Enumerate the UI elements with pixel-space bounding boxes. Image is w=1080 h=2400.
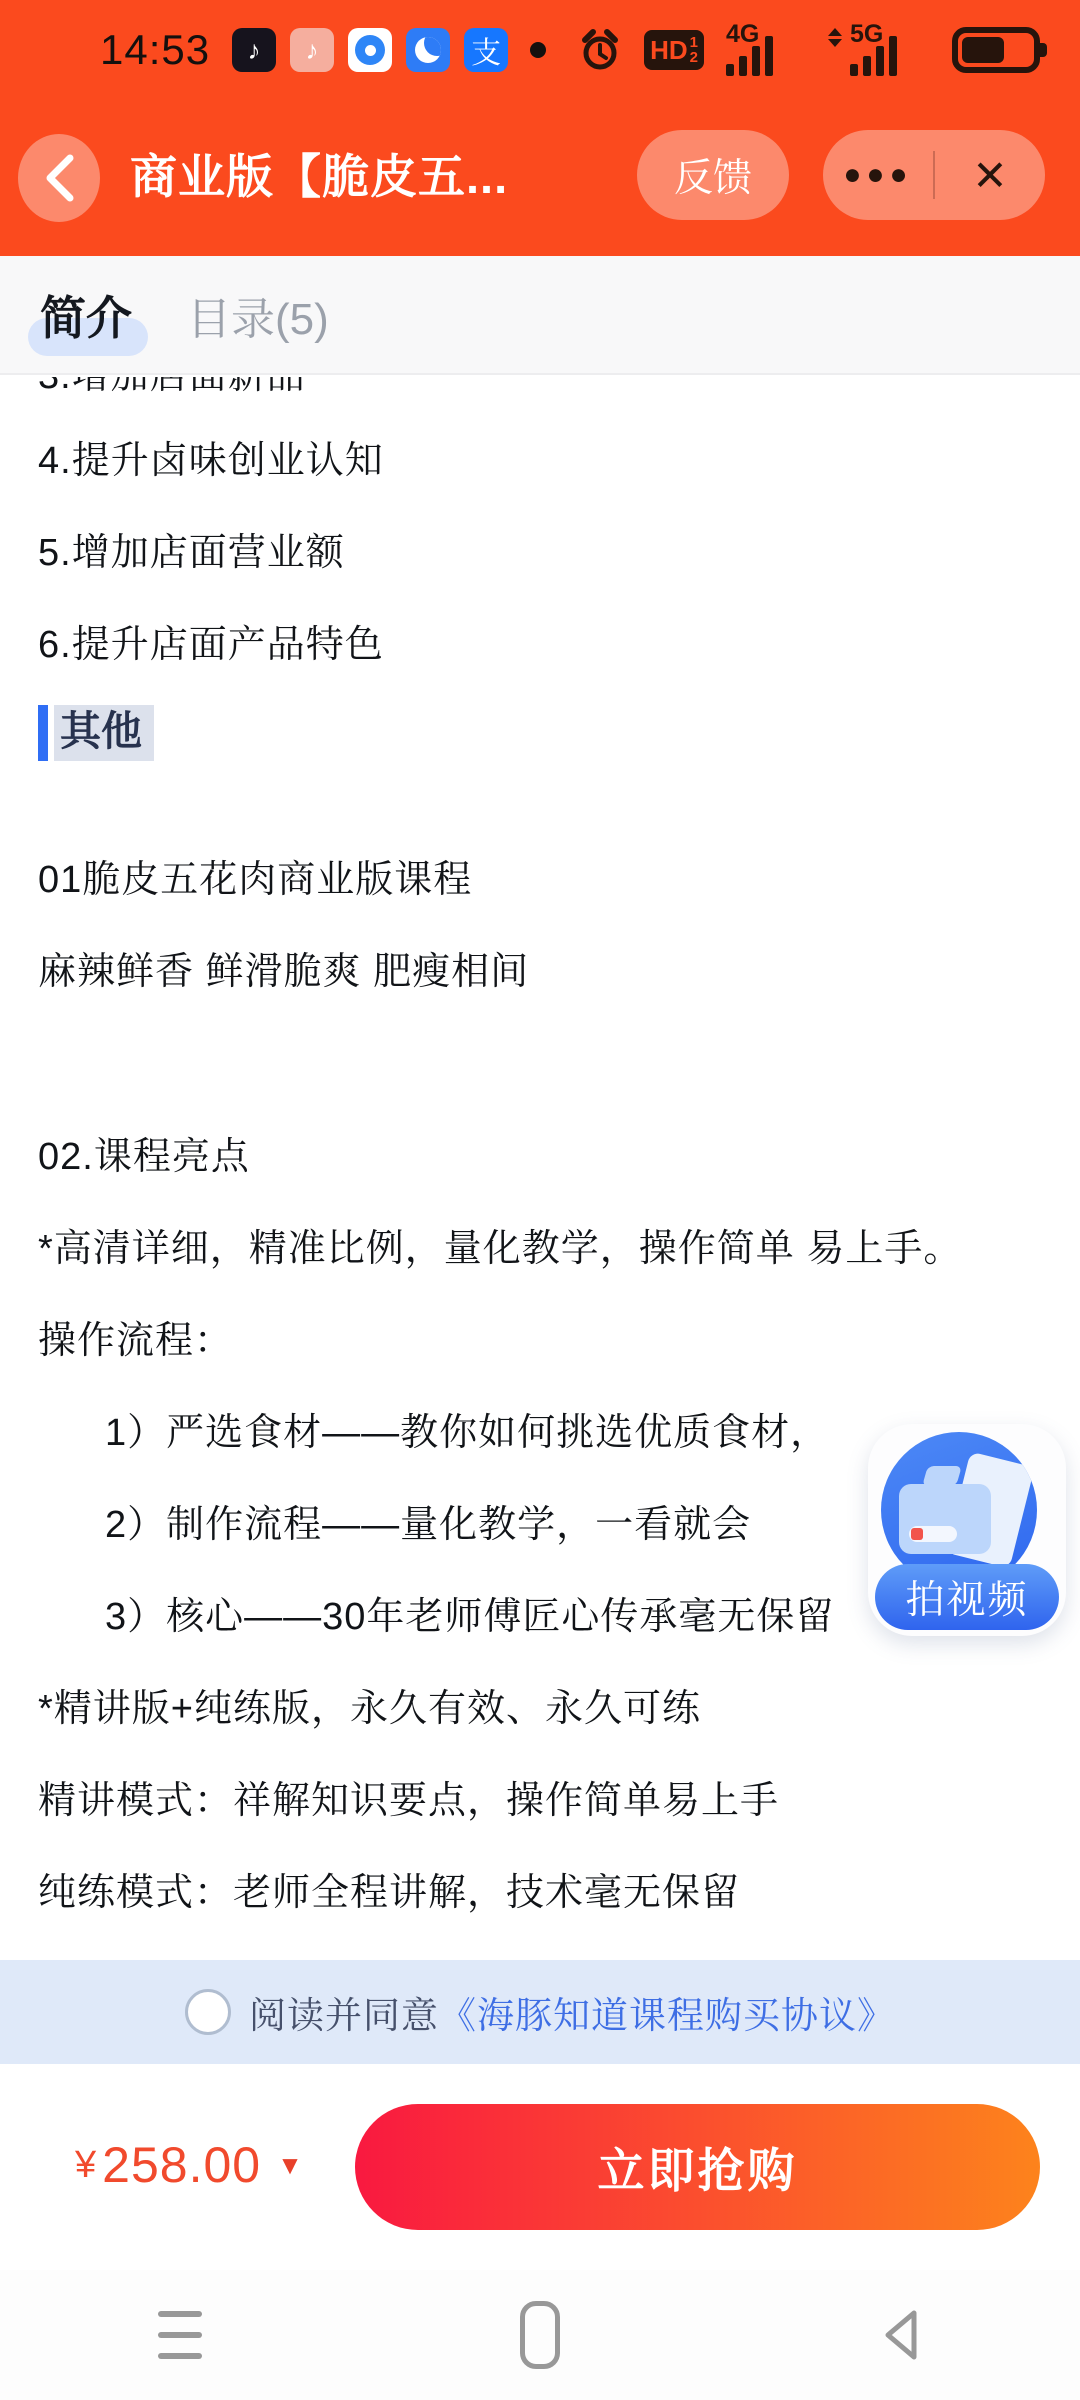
back-triangle-icon <box>878 2307 922 2363</box>
paragraph: 精讲模式：祥解知识要点，操作简单易上手 <box>38 1779 1050 1823</box>
tab-catalog[interactable]: 目录(5) <box>187 283 329 347</box>
paragraph: 纯练模式：老师全程讲解，技术毫无保留 <box>38 1871 1050 1915</box>
list-item: 4.提升卤味创业认知 <box>38 439 1050 483</box>
agreement-checkbox[interactable] <box>185 1989 231 2035</box>
home-icon <box>520 2301 560 2369</box>
shoot-video-label: 拍视频 <box>875 1564 1059 1630</box>
paragraph: 01脆皮五花肉商业版课程 <box>38 858 1050 902</box>
list-item: 6.提升店面产品特色 <box>38 623 1050 667</box>
chevron-left-icon <box>42 152 76 204</box>
dingtalk-icon <box>406 28 450 72</box>
buy-now-button[interactable]: 立即抢购 <box>355 2104 1040 2230</box>
recents-icon <box>158 2311 202 2359</box>
list-item: 5.增加店面营业额 <box>38 531 1050 575</box>
caret-down-icon: ▼ <box>277 2150 303 2181</box>
music-icon: ♪ <box>290 28 334 72</box>
page-title: 商业版【脆皮五... <box>130 140 630 207</box>
course-description[interactable]: 3.增加店面新品 4.提升卤味创业认知 5.增加店面营业额 6.提升店面产品特色… <box>0 377 1080 1960</box>
clipped-line-wrapper: 3.增加店面新品 <box>38 377 1050 397</box>
system-navbar <box>0 2270 1080 2400</box>
miniapp-capsule: ●●● ✕ <box>823 130 1045 220</box>
app-header: 商业版【脆皮五... 反馈 ●●● ✕ <box>0 100 1080 256</box>
agreement-link[interactable]: 《海豚知道课程购买协议》 <box>439 1985 895 2039</box>
paragraph: *高清详细，精准比例，量化教学，操作简单 易上手。 <box>38 1227 1050 1271</box>
signal-5g-icon: 5G <box>850 22 930 78</box>
section-accent-bar <box>38 705 48 761</box>
tab-intro[interactable]: 简介 <box>40 282 132 348</box>
douyin-icon: ♪ <box>232 28 276 72</box>
paragraph: *精讲版+纯练版，永久有效、永久可练 <box>38 1687 1050 1731</box>
agreement-text: 阅读并同意 <box>249 1985 439 2039</box>
signal-4g-icon: 4G <box>726 22 806 78</box>
currency-symbol: ¥ <box>75 2144 96 2187</box>
hd-volte-icon: HD 12 <box>644 30 704 70</box>
home-button[interactable] <box>480 2290 600 2380</box>
price-value: 258.00 <box>102 2136 261 2194</box>
section-header-other: 其他 <box>38 705 1050 761</box>
disc-icon <box>348 28 392 72</box>
recents-button[interactable] <box>120 2290 240 2380</box>
alarm-icon <box>578 28 622 72</box>
paragraph: 02.课程亮点 <box>38 1135 1050 1179</box>
close-button[interactable]: ✕ <box>935 151 1045 200</box>
agreement-bar: 阅读并同意 《海豚知道课程购买协议》 <box>0 1960 1080 2064</box>
status-bar: 14:53 ♪ ♪ 支 HD 12 4G <box>0 0 1080 100</box>
data-arrows-icon <box>828 28 842 47</box>
alipay-icon: 支 <box>464 28 508 72</box>
purchase-bar: ¥ 258.00 ▼ 立即抢购 <box>0 2064 1080 2270</box>
paragraph: 麻辣鲜香 鲜滑脆爽 肥瘦相间 <box>38 950 1050 994</box>
back-nav-button[interactable] <box>840 2290 960 2380</box>
notification-icons: ♪ ♪ 支 <box>232 28 508 72</box>
shoot-video-button[interactable]: 拍视频 <box>868 1424 1066 1636</box>
battery-icon <box>952 27 1040 73</box>
feedback-button[interactable]: 反馈 <box>637 130 789 220</box>
screen: 14:53 ♪ ♪ 支 HD 12 4G <box>0 0 1080 2400</box>
more-button[interactable]: ●●● <box>823 158 933 192</box>
price-selector[interactable]: ¥ 258.00 ▼ <box>75 2136 303 2194</box>
notification-dot <box>530 42 546 58</box>
paragraph: 操作流程： <box>38 1319 1050 1363</box>
back-button[interactable] <box>18 134 100 222</box>
status-icons-right: HD 12 4G 5G <box>578 0 1040 100</box>
list-item-clipped: 3.增加店面新品 <box>38 377 1050 397</box>
clock: 14:53 <box>100 26 210 74</box>
tab-bar: 简介 目录(5) <box>0 256 1080 375</box>
